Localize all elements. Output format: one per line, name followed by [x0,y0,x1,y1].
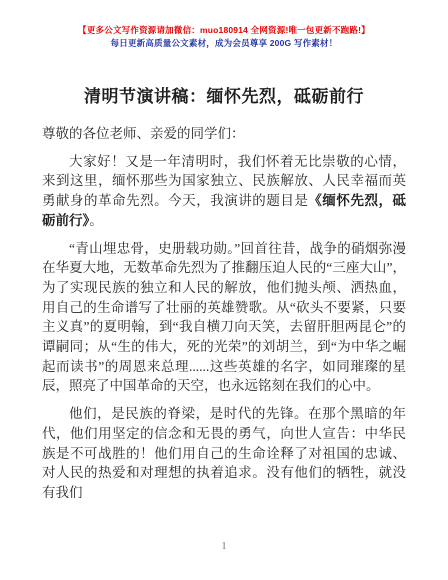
paragraph-1-ending: 。 [89,213,103,228]
ad-banner-line-2: 每日更新高质量公文素材，成为会员尊享 200G 写作素材！ [0,37,448,50]
paragraph-1: 大家好！又是一年清明时，我们怀着无比崇敬的心情，来到这里，缅怀那些为国家独立、民… [42,152,406,231]
document-body: 尊敬的各位老师、亲爱的同学们： 大家好！又是一年清明时，我们怀着无比崇敬的心情，… [42,124,406,503]
ad-banner-line-1: 【更多公文写作资源请加微信：muo180914 全网资源!唯一包更新不跑路!】 [0,24,448,37]
greeting-line: 尊敬的各位老师、亲爱的同学们： [42,124,406,144]
ad-banner: 【更多公文写作资源请加微信：muo180914 全网资源!唯一包更新不跑路!】 … [0,0,448,50]
page-number: 1 [0,541,448,552]
paragraph-3: 他们，是民族的脊梁，是时代的先锋。在那个黑暗的年代，他们用坚定的信念和无畏的勇气… [42,404,406,503]
document-title: 清明节演讲稿：缅怀先烈，砥砺前行 [42,85,406,109]
paragraph-2: “青山埋忠骨，史册载功勋。”回首往昔，战争的硝烟弥漫在华夏大地，无数革命先烈为了… [42,239,406,397]
